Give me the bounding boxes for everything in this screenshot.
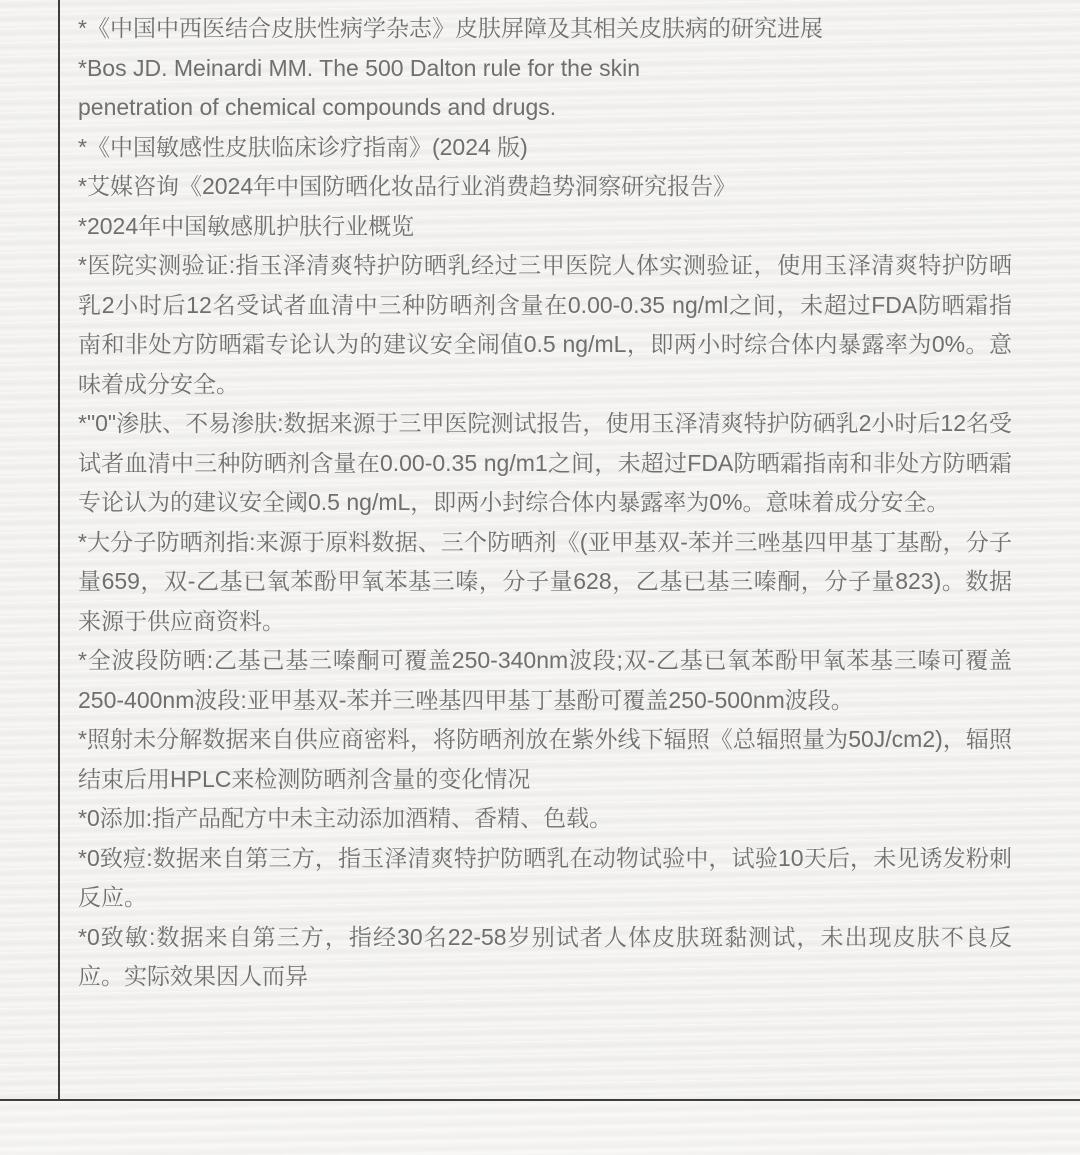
disclaimer-item: *大分子防晒剂指:来源于原料数据、三个防晒剂《(亚甲基双-苯并三唑基四甲基丁基酚… — [78, 523, 1012, 642]
page-background: *《中国中西医结合皮肤性病学杂志》皮肤屏障及其相关皮肤病的研究进展 *Bos J… — [0, 0, 1080, 1155]
disclaimer-item: *全波段防晒:乙基己基三嗪酮可覆盖250-340nm波段;双-乙基已氧苯酚甲氧苯… — [78, 641, 1012, 720]
disclaimer-item: *0致痘:数据来自第三方，指玉泽清爽特护防晒乳在动物试验中，试验10天后，未见诱… — [78, 839, 1012, 918]
disclaimer-item: *《中国中西医结合皮肤性病学杂志》皮肤屏障及其相关皮肤病的研究进展 — [78, 9, 1012, 49]
disclaimer-item: *Bos JD. Meinardi MM. The 500 Dalton rul… — [78, 49, 1012, 128]
disclaimer-text-block: *《中国中西医结合皮肤性病学杂志》皮肤屏障及其相关皮肤病的研究进展 *Bos J… — [78, 9, 1012, 997]
disclaimer-item: *"0"渗肤、不易渗肤:数据来源于三甲医院测试报告，使用玉泽清爽特护防硒乳2小时… — [78, 404, 1012, 523]
disclaimer-item: *艾媒咨询《2024年中国防晒化妆品行业消费趋势洞察研究报告》 — [78, 167, 1012, 207]
disclaimer-item: *医院实测验证:指玉泽清爽特护防晒乳经过三甲医院人体实测验证，使用玉泽清爽特护防… — [78, 246, 1012, 404]
bottom-margin-area — [0, 1101, 1080, 1155]
disclaimer-item: *《中国敏感性皮肤临床诊疗指南》(2024 版) — [78, 128, 1012, 168]
disclaimer-item: *0致敏:数据来自第三方，指经30名22-58岁别试者人体皮肤斑黏测试，未出现皮… — [78, 918, 1012, 997]
disclaimer-item: *2024年中国敏感肌护肤行业概览 — [78, 207, 1012, 247]
table-left-border-line — [58, 0, 60, 1100]
disclaimer-item: *0添加:指产品配方中未主动添加酒精、香精、色载。 — [78, 799, 1012, 839]
disclaimer-item: *照射未分解数据来自供应商密料，将防晒剂放在紫外线下辐照《总辐照量为50J/cm… — [78, 720, 1012, 799]
